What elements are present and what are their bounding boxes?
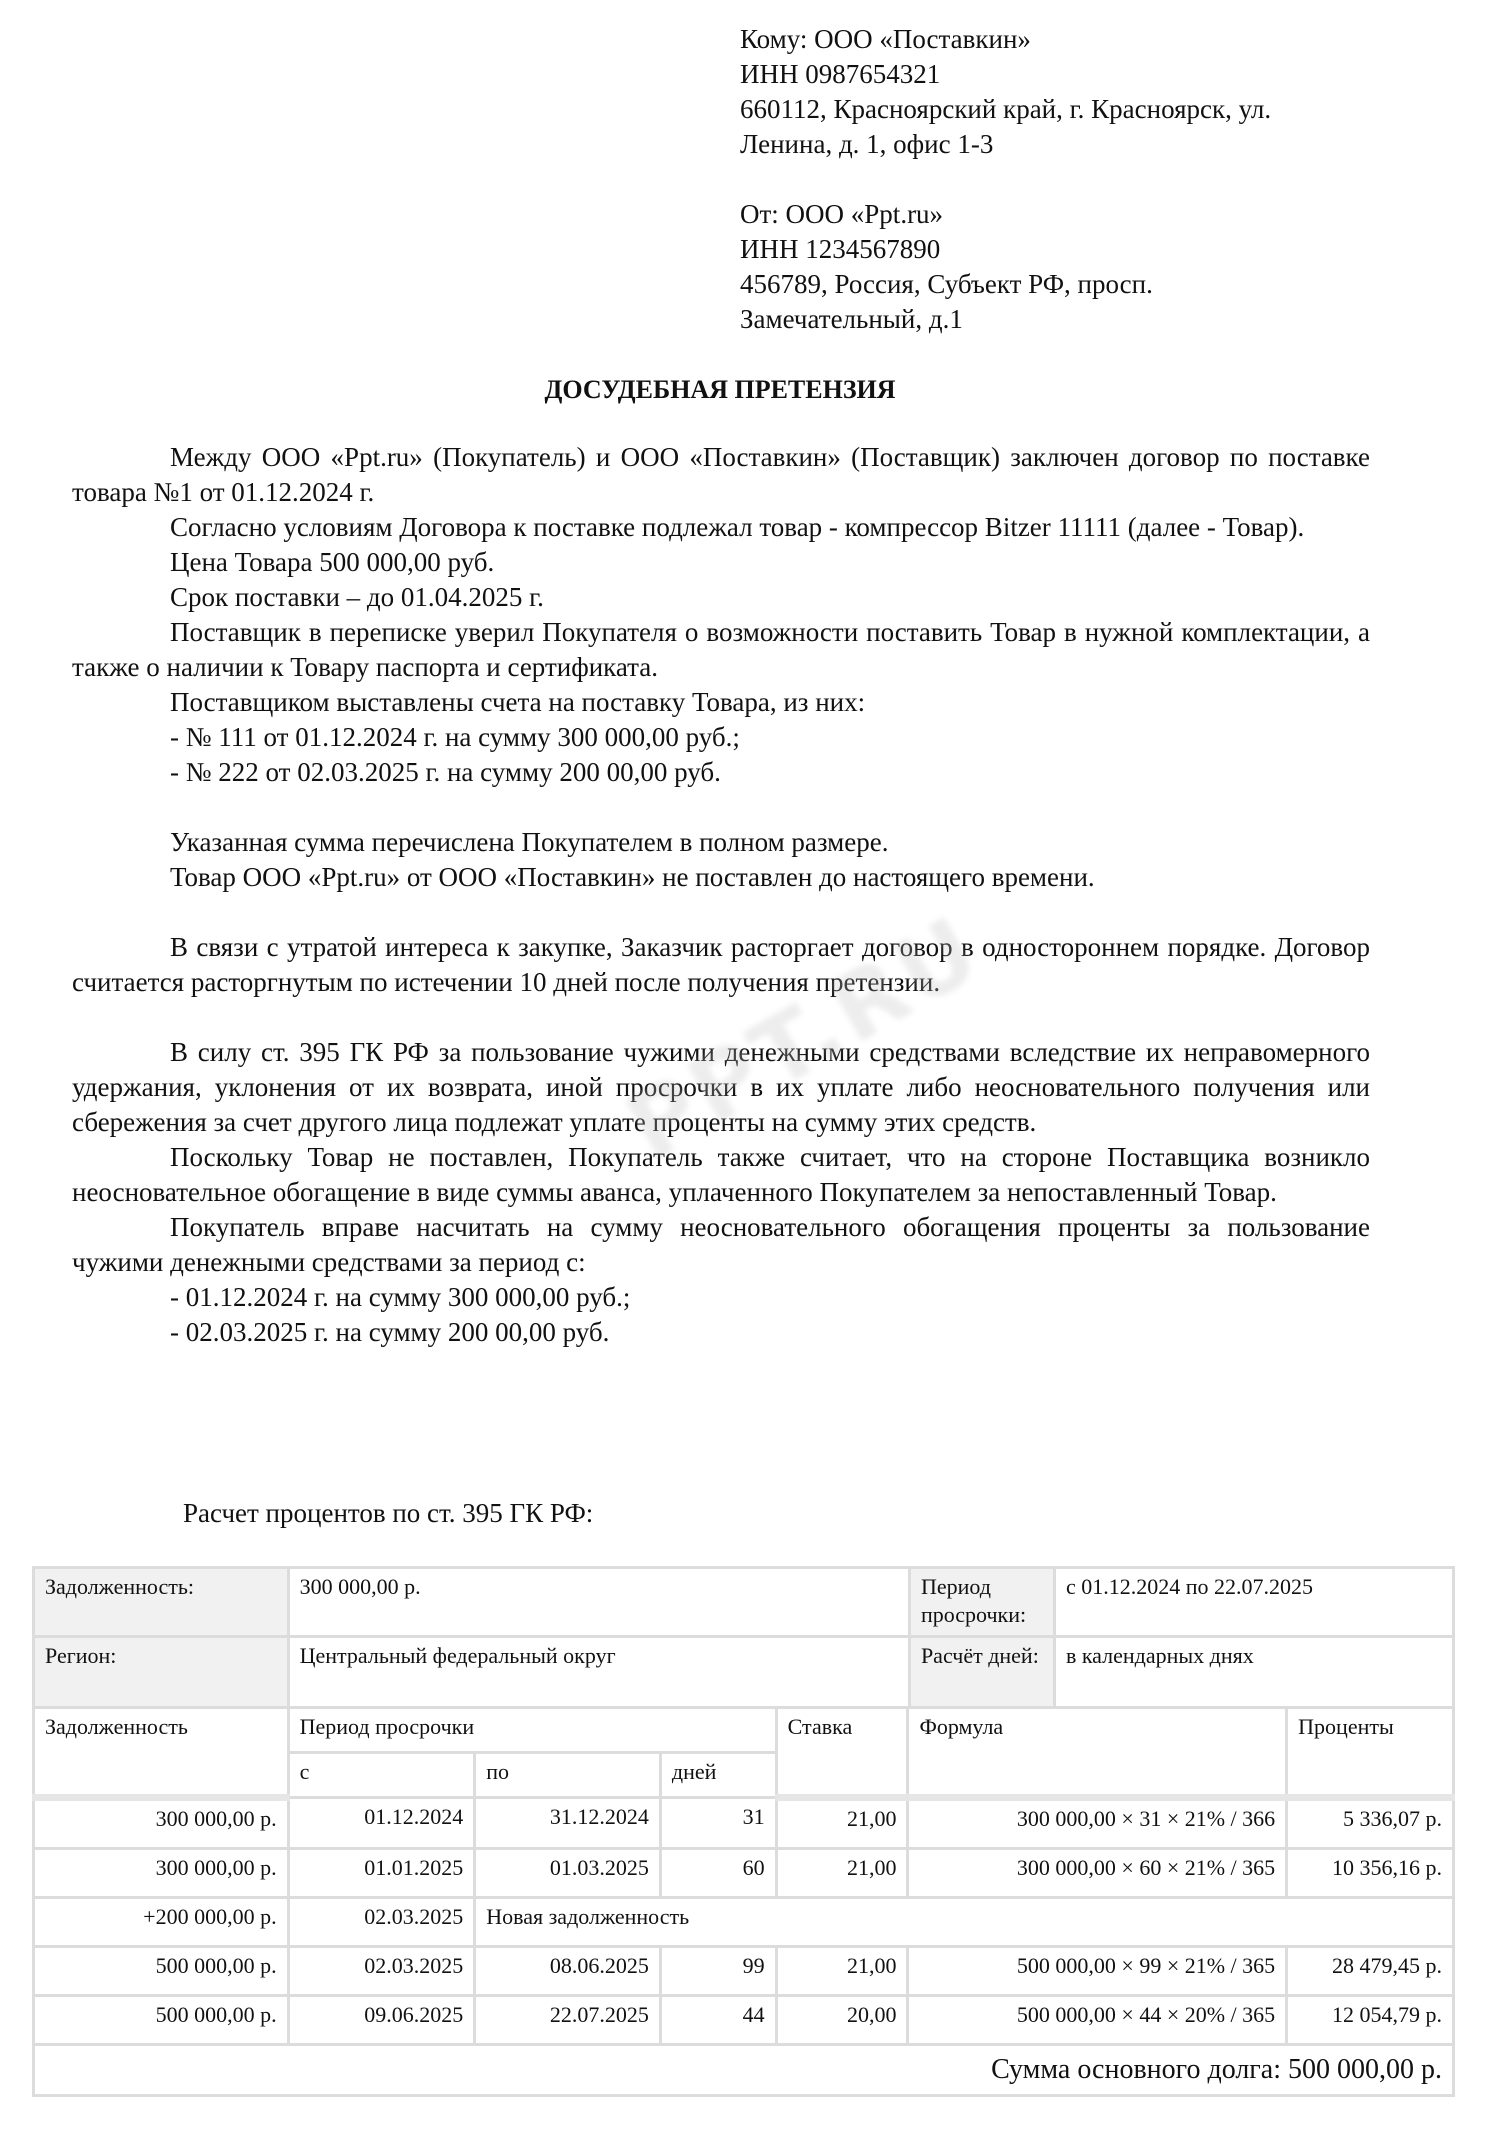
- cell-from: 01.12.2024: [288, 1798, 475, 1849]
- cell-to: 22.07.2025: [475, 1996, 661, 2045]
- cell-interest: 12 054,79 р.: [1287, 1996, 1454, 2045]
- paragraph: Указанная сумма перечислена Покупателем …: [72, 825, 1370, 860]
- cell-rate: 20,00: [776, 1996, 908, 2045]
- col-header-period: Период просрочки: [288, 1708, 776, 1753]
- sender-line: Замечательный, д.1: [740, 302, 1271, 337]
- cell-debt: 300 000,00 р.: [34, 1849, 289, 1898]
- info-label: Период просрочки:: [909, 1569, 1054, 1635]
- cell-to: 31.12.2024: [475, 1798, 661, 1849]
- cell-days: 60: [660, 1849, 776, 1898]
- recipient-line: ИНН 0987654321: [740, 57, 1271, 92]
- col-header-debt: Задолженность: [34, 1708, 289, 1798]
- address-block: Кому: ООО «Поставкин» ИНН 0987654321 660…: [740, 22, 1271, 337]
- table-row-new-debt: +200 000,00 р. 02.03.2025 Новая задолжен…: [34, 1898, 1454, 1947]
- info-row-debt: Задолженность: 300 000,00 р. Период прос…: [34, 1568, 1454, 1637]
- paragraph: Согласно условиям Договора к поставке по…: [72, 510, 1370, 545]
- header-row-group: Задолженность Период просрочки Ставка Фо…: [34, 1708, 1454, 1753]
- sender-line: От: ООО «Ppt.ru»: [740, 197, 1271, 232]
- cell-note: Новая задолженность: [475, 1898, 1454, 1947]
- invoice-list-item: - № 222 от 02.03.2025 г. на сумму 200 00…: [72, 755, 1370, 790]
- cell-from: 02.03.2025: [288, 1898, 475, 1947]
- period-list-item: - 01.12.2024 г. на сумму 300 000,00 руб.…: [72, 1280, 1370, 1315]
- info-label: Расчёт дней:: [909, 1638, 1054, 1706]
- cell-rate: 21,00: [776, 1798, 908, 1849]
- cell-debt: +200 000,00 р.: [34, 1898, 289, 1947]
- sender-line: ИНН 1234567890: [740, 232, 1271, 267]
- sender-block: От: ООО «Ppt.ru» ИНН 1234567890 456789, …: [740, 197, 1271, 337]
- info-value: в календарных днях: [1054, 1638, 1452, 1706]
- cell-days: 31: [660, 1798, 776, 1849]
- paragraph: Покупатель вправе насчитать на сумму нео…: [72, 1210, 1370, 1280]
- sender-line: 456789, Россия, Субъект РФ, просп.: [740, 267, 1271, 302]
- cell-days: 99: [660, 1947, 776, 1996]
- paragraph: Цена Товара 500 000,00 руб.: [72, 545, 1370, 580]
- cell-interest: 10 356,16 р.: [1287, 1849, 1454, 1898]
- col-header-rate: Ставка: [776, 1708, 908, 1798]
- info-label: Задолженность:: [34, 1568, 289, 1637]
- recipient-block: Кому: ООО «Поставкин» ИНН 0987654321 660…: [740, 22, 1271, 162]
- col-header-from: с: [288, 1753, 475, 1798]
- info-value: Центральный федеральный округ: [288, 1637, 908, 1708]
- recipient-line: 660112, Красноярский край, г. Красноярск…: [740, 92, 1271, 127]
- paragraph: Между ООО «Ppt.ru» (Покупатель) и ООО «П…: [72, 440, 1370, 510]
- cell-interest: 28 479,45 р.: [1287, 1947, 1454, 1996]
- invoice-list-item: - № 111 от 01.12.2024 г. на сумму 300 00…: [72, 720, 1370, 755]
- calc-title: Расчет процентов по ст. 395 ГК РФ:: [183, 1496, 593, 1531]
- info-label: Регион:: [34, 1637, 289, 1708]
- col-header-days: дней: [660, 1753, 776, 1798]
- table-row: 300 000,00 р. 01.12.2024 31.12.2024 31 2…: [34, 1798, 1454, 1849]
- cell-to: 08.06.2025: [475, 1947, 661, 1996]
- recipient-line: Кому: ООО «Поставкин»: [740, 22, 1271, 57]
- paragraph: Поскольку Товар не поставлен, Покупатель…: [72, 1140, 1370, 1210]
- recipient-line: Ленина, д. 1, офис 1-3: [740, 127, 1271, 162]
- paragraph: Товар ООО «Ppt.ru» от ООО «Поставкин» не…: [72, 860, 1370, 895]
- cell-rate: 21,00: [776, 1849, 908, 1898]
- cell-formula: 300 000,00 × 31 × 21% / 366: [908, 1798, 1287, 1849]
- cell-rate: 21,00: [776, 1947, 908, 1996]
- col-header-interest: Проценты: [1287, 1708, 1454, 1798]
- cell-interest: 5 336,07 р.: [1287, 1798, 1454, 1849]
- total-principal: Сумма основного долга: 500 000,00 р.: [34, 2045, 1454, 2096]
- cell-from: 02.03.2025: [288, 1947, 475, 1996]
- cell-debt: 500 000,00 р.: [34, 1947, 289, 1996]
- table-row: 500 000,00 р. 09.06.2025 22.07.2025 44 2…: [34, 1996, 1454, 2045]
- cell-from: 09.06.2025: [288, 1996, 475, 2045]
- paragraph: Поставщик в переписке уверил Покупателя …: [72, 615, 1370, 685]
- period-list-item: - 02.03.2025 г. на сумму 200 00,00 руб.: [72, 1315, 1370, 1350]
- paragraph: В силу ст. 395 ГК РФ за пользование чужи…: [72, 1035, 1370, 1140]
- info-value: с 01.12.2024 по 22.07.2025: [1054, 1569, 1452, 1635]
- table-row: 300 000,00 р. 01.01.2025 01.03.2025 60 2…: [34, 1849, 1454, 1898]
- cell-to: 01.03.2025: [475, 1849, 661, 1898]
- paragraph: В связи с утратой интереса к закупке, За…: [72, 930, 1370, 1000]
- paragraph: Поставщиком выставлены счета на поставку…: [72, 685, 1370, 720]
- cell-debt: 500 000,00 р.: [34, 1996, 289, 2045]
- table-row: 500 000,00 р. 02.03.2025 08.06.2025 99 2…: [34, 1947, 1454, 1996]
- cell-debt: 300 000,00 р.: [34, 1798, 289, 1849]
- cell-days: 44: [660, 1996, 776, 2045]
- paragraph: Срок поставки – до 01.04.2025 г.: [72, 580, 1370, 615]
- info-row-region: Регион: Центральный федеральный округ Ра…: [34, 1637, 1454, 1708]
- cell-formula: 500 000,00 × 44 × 20% / 365: [908, 1996, 1287, 2045]
- cell-formula: 500 000,00 × 99 × 21% / 365: [908, 1947, 1287, 1996]
- col-header-formula: Формула: [908, 1708, 1287, 1798]
- interest-calc-table: Задолженность: 300 000,00 р. Период прос…: [32, 1566, 1455, 2097]
- table-total-row: Сумма основного долга: 500 000,00 р.: [34, 2045, 1454, 2096]
- col-header-to: по: [475, 1753, 661, 1798]
- cell-from: 01.01.2025: [288, 1849, 475, 1898]
- info-value: 300 000,00 р.: [288, 1568, 908, 1637]
- document-title: ДОСУДЕБНАЯ ПРЕТЕНЗИЯ: [0, 372, 1440, 407]
- cell-formula: 300 000,00 × 60 × 21% / 365: [908, 1849, 1287, 1898]
- document-body: Между ООО «Ppt.ru» (Покупатель) и ООО «П…: [72, 440, 1370, 1350]
